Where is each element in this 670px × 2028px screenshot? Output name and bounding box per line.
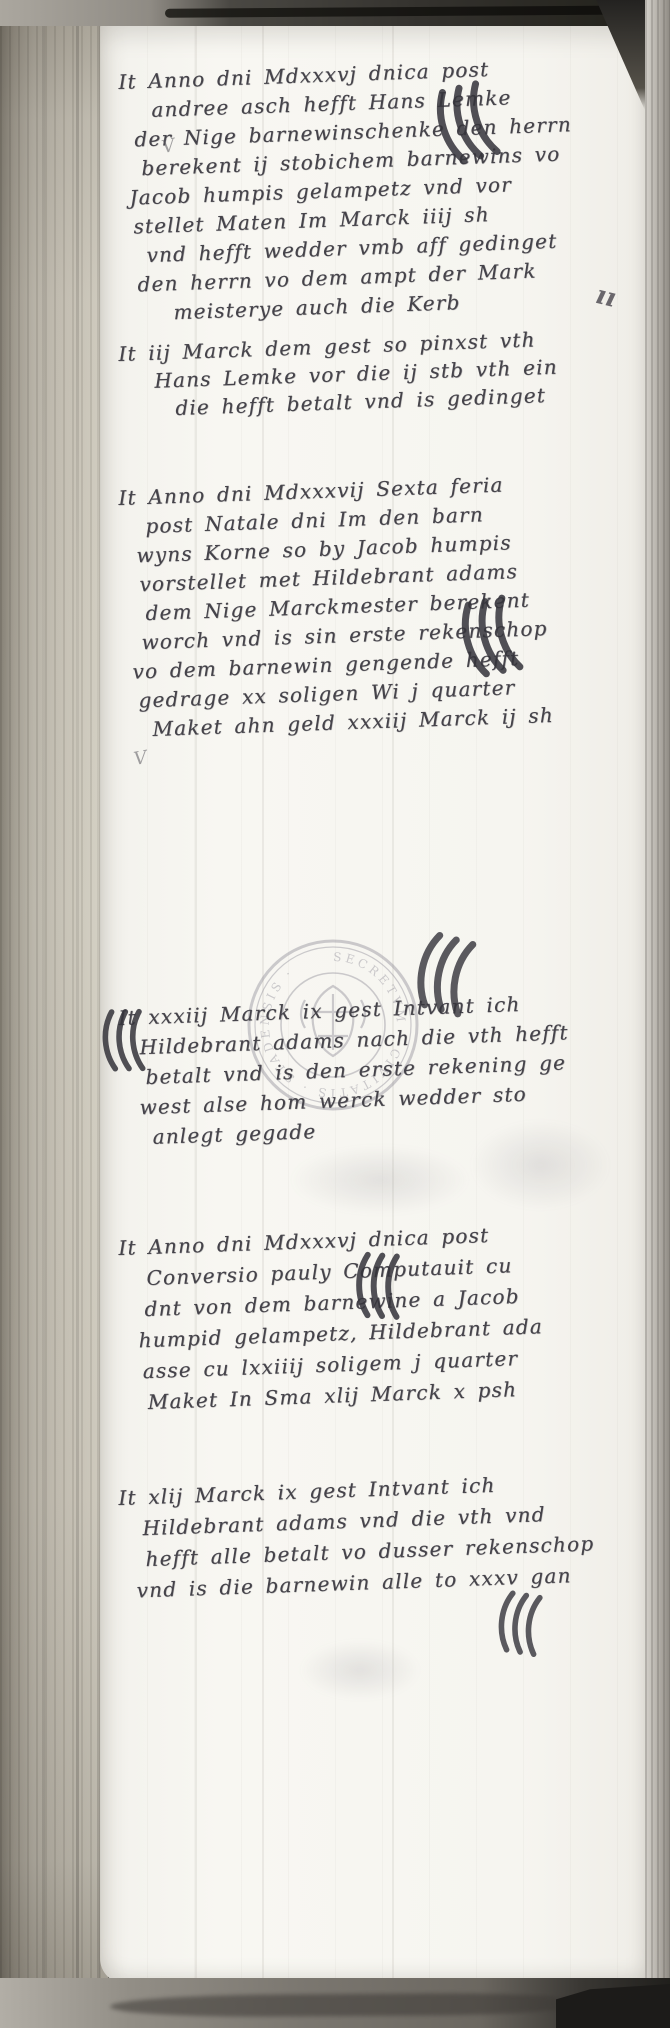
gutter-crease [76,0,79,2028]
ink-bleed-ghost [290,1145,470,1215]
gutter-crease [42,0,45,2028]
ink-bleed-ghost [300,1640,420,1700]
manuscript-photo: SECRETVM · CIVITATIS · STADENSIS · It An… [0,0,670,2028]
entry-paragraph-4: It xxxiij Marck ix gest Intvant ich Hild… [118,988,651,1156]
entry-paragraph-5: It Anno dni Mdxxxvj dnica post Conversio… [118,1218,652,1422]
entry-paragraph-6: It xlij Marck ix gest Intvant ich Hildeb… [118,1468,650,1610]
entry-paragraph-1: It Anno dni Mdxxxvj dnica post andree as… [118,52,655,331]
book-gutter [0,0,108,2028]
entry-paragraph-3: It Anno dni Mdxxxvij Sexta feria post Na… [118,468,655,747]
